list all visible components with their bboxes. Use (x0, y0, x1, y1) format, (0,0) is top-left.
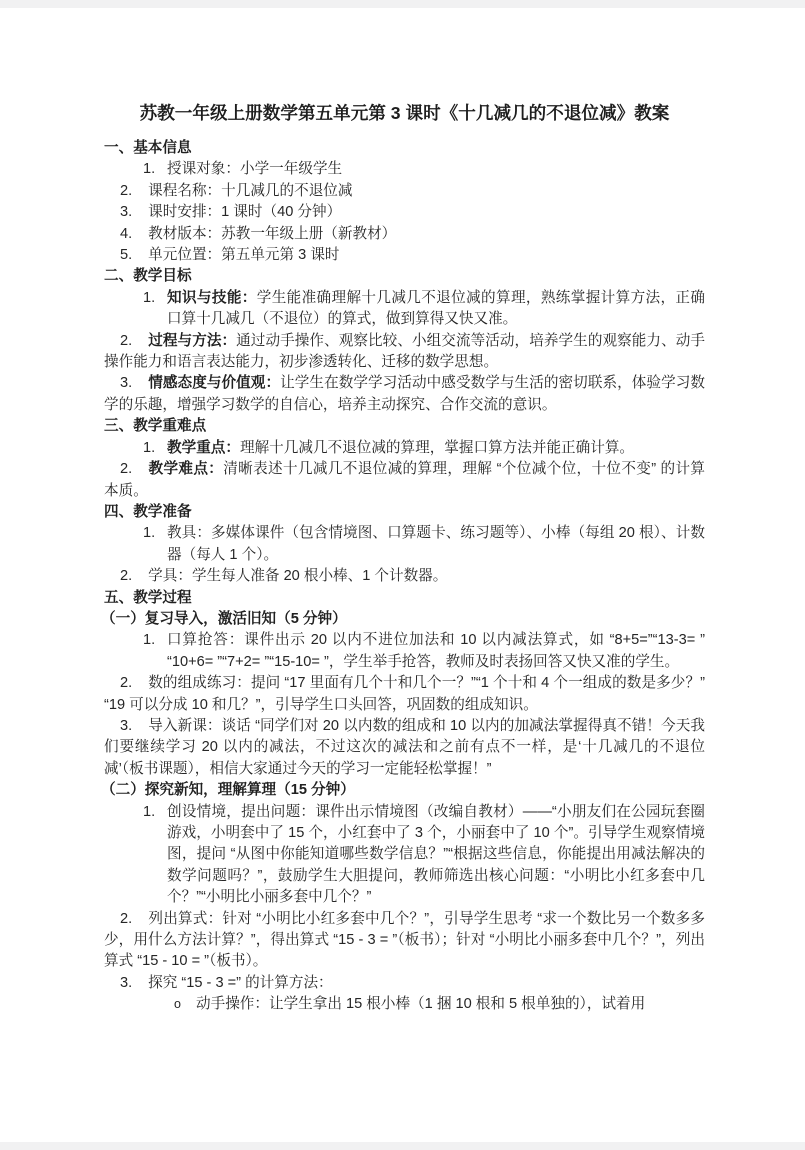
list-item: 2.过程与方法：通过动手操作、观察比较、小组交流等活动，培养学生的观察能力、动手… (104, 331, 705, 374)
list-number: 2. (120, 566, 132, 587)
section-heading: 四、教学准备 (104, 502, 705, 523)
list-item: 1.知识与技能：学生能准确理解十几减几不退位减的算理，熟练掌握计算方法，正确口算… (104, 288, 705, 331)
list-number: 3. (120, 973, 132, 994)
section-heading: 一、基本信息 (104, 138, 705, 159)
list-item: 4.教材版本：苏教一年级上册（新教材） (104, 224, 705, 245)
section-heading: 二、教学目标 (104, 266, 705, 287)
list-item: 2.教学难点：清晰表述十几减几不退位减的算理，理解 “个位减个位，十位不变” 的… (104, 459, 705, 502)
list-number: 1. (143, 630, 155, 651)
list-item: 3.情感态度与价值观：让学生在数学学习活动中感受数学与生活的密切联系，体验学习数… (104, 373, 705, 416)
list-item: 3.课时安排：1 课时（40 分钟） (104, 202, 705, 223)
list-item: 3.导入新课：谈话 “同学们对 20 以内数的组成和 10 以内的加减法掌握得真… (104, 716, 705, 780)
bold-lead: 知识与技能： (167, 290, 257, 306)
sub-list-item: o动手操作：让学生拿出 15 根小棒（1 捆 10 根和 5 根单独的），试着用 (104, 994, 705, 1015)
list-item: 1.创设情境，提出问题：课件出示情境图（改编自教材）——“小朋友们在公园玩套圈游… (104, 802, 705, 909)
list-number: 1. (143, 523, 155, 544)
list-number: 2. (120, 673, 132, 694)
list-number: 2. (120, 331, 132, 352)
subsection-heading: （二）探究新知，理解算理（15 分钟） (101, 780, 705, 801)
section-heading: 五、教学过程 (104, 588, 705, 609)
page-gap-bottom (0, 1142, 805, 1150)
list-number: 2. (120, 909, 132, 930)
list-item: 5.单元位置：第五单元第 3 课时 (104, 245, 705, 266)
bold-lead: 情感态度与价值观： (148, 375, 280, 391)
list-number: 3. (120, 716, 132, 737)
list-number: 1. (143, 159, 155, 180)
section-heading: 三、教学重难点 (104, 416, 705, 437)
list-item: 2.学具：学生每人准备 20 根小棒、1 个计数器。 (104, 566, 705, 587)
page-gap-top (0, 0, 805, 8)
list-number: 2. (120, 181, 132, 202)
list-number: 3. (120, 373, 132, 394)
list-number: 4. (120, 224, 132, 245)
doc-title: 苏教一年级上册数学第五单元第 3 课时《十几减几的不退位减》教案 (104, 100, 705, 126)
list-item: 1.教具：多媒体课件（包含情境图、口算题卡、练习题等）、小棒（每组 20 根）、… (104, 523, 705, 566)
list-number: 1. (143, 288, 155, 309)
bold-lead: 教学重点： (167, 440, 240, 456)
list-number: 1. (143, 438, 155, 459)
bullet-circle: o (174, 994, 181, 1015)
doc-body: 一、基本信息1.授课对象：小学一年级学生2.课程名称：十几减几的不退位减3.课时… (104, 138, 705, 1016)
list-item: 2.数的组成练习：提问 “17 里面有几个十和几个一？”“1 个十和 4 个一组… (104, 673, 705, 716)
subsection-heading: （一）复习导入，激活旧知（5 分钟） (101, 609, 705, 630)
list-number: 3. (120, 202, 132, 223)
list-item: 2.课程名称：十几减几的不退位减 (104, 181, 705, 202)
list-item: 1.口算抢答：课件出示 20 以内不进位加法和 10 以内减法算式，如 “8+5… (104, 630, 705, 673)
list-number: 5. (120, 245, 132, 266)
list-number: 2. (120, 459, 132, 480)
list-item: 1.教学重点：理解十几减几不退位减的算理，掌握口算方法并能正确计算。 (104, 438, 705, 459)
list-item: 1.授课对象：小学一年级学生 (104, 159, 705, 180)
document-page: 苏教一年级上册数学第五单元第 3 课时《十几减几的不退位减》教案 一、基本信息1… (0, 0, 805, 1016)
bold-lead: 过程与方法： (148, 333, 236, 349)
bold-lead: 教学难点： (148, 461, 223, 477)
list-item: 2.列出算式：针对 “小明比小红多套中几个？”，引导学生思考 “求一个数比另一个… (104, 909, 705, 973)
list-item: 3.探究 “15 - 3 =” 的计算方法： (104, 973, 705, 994)
list-number: 1. (143, 802, 155, 823)
